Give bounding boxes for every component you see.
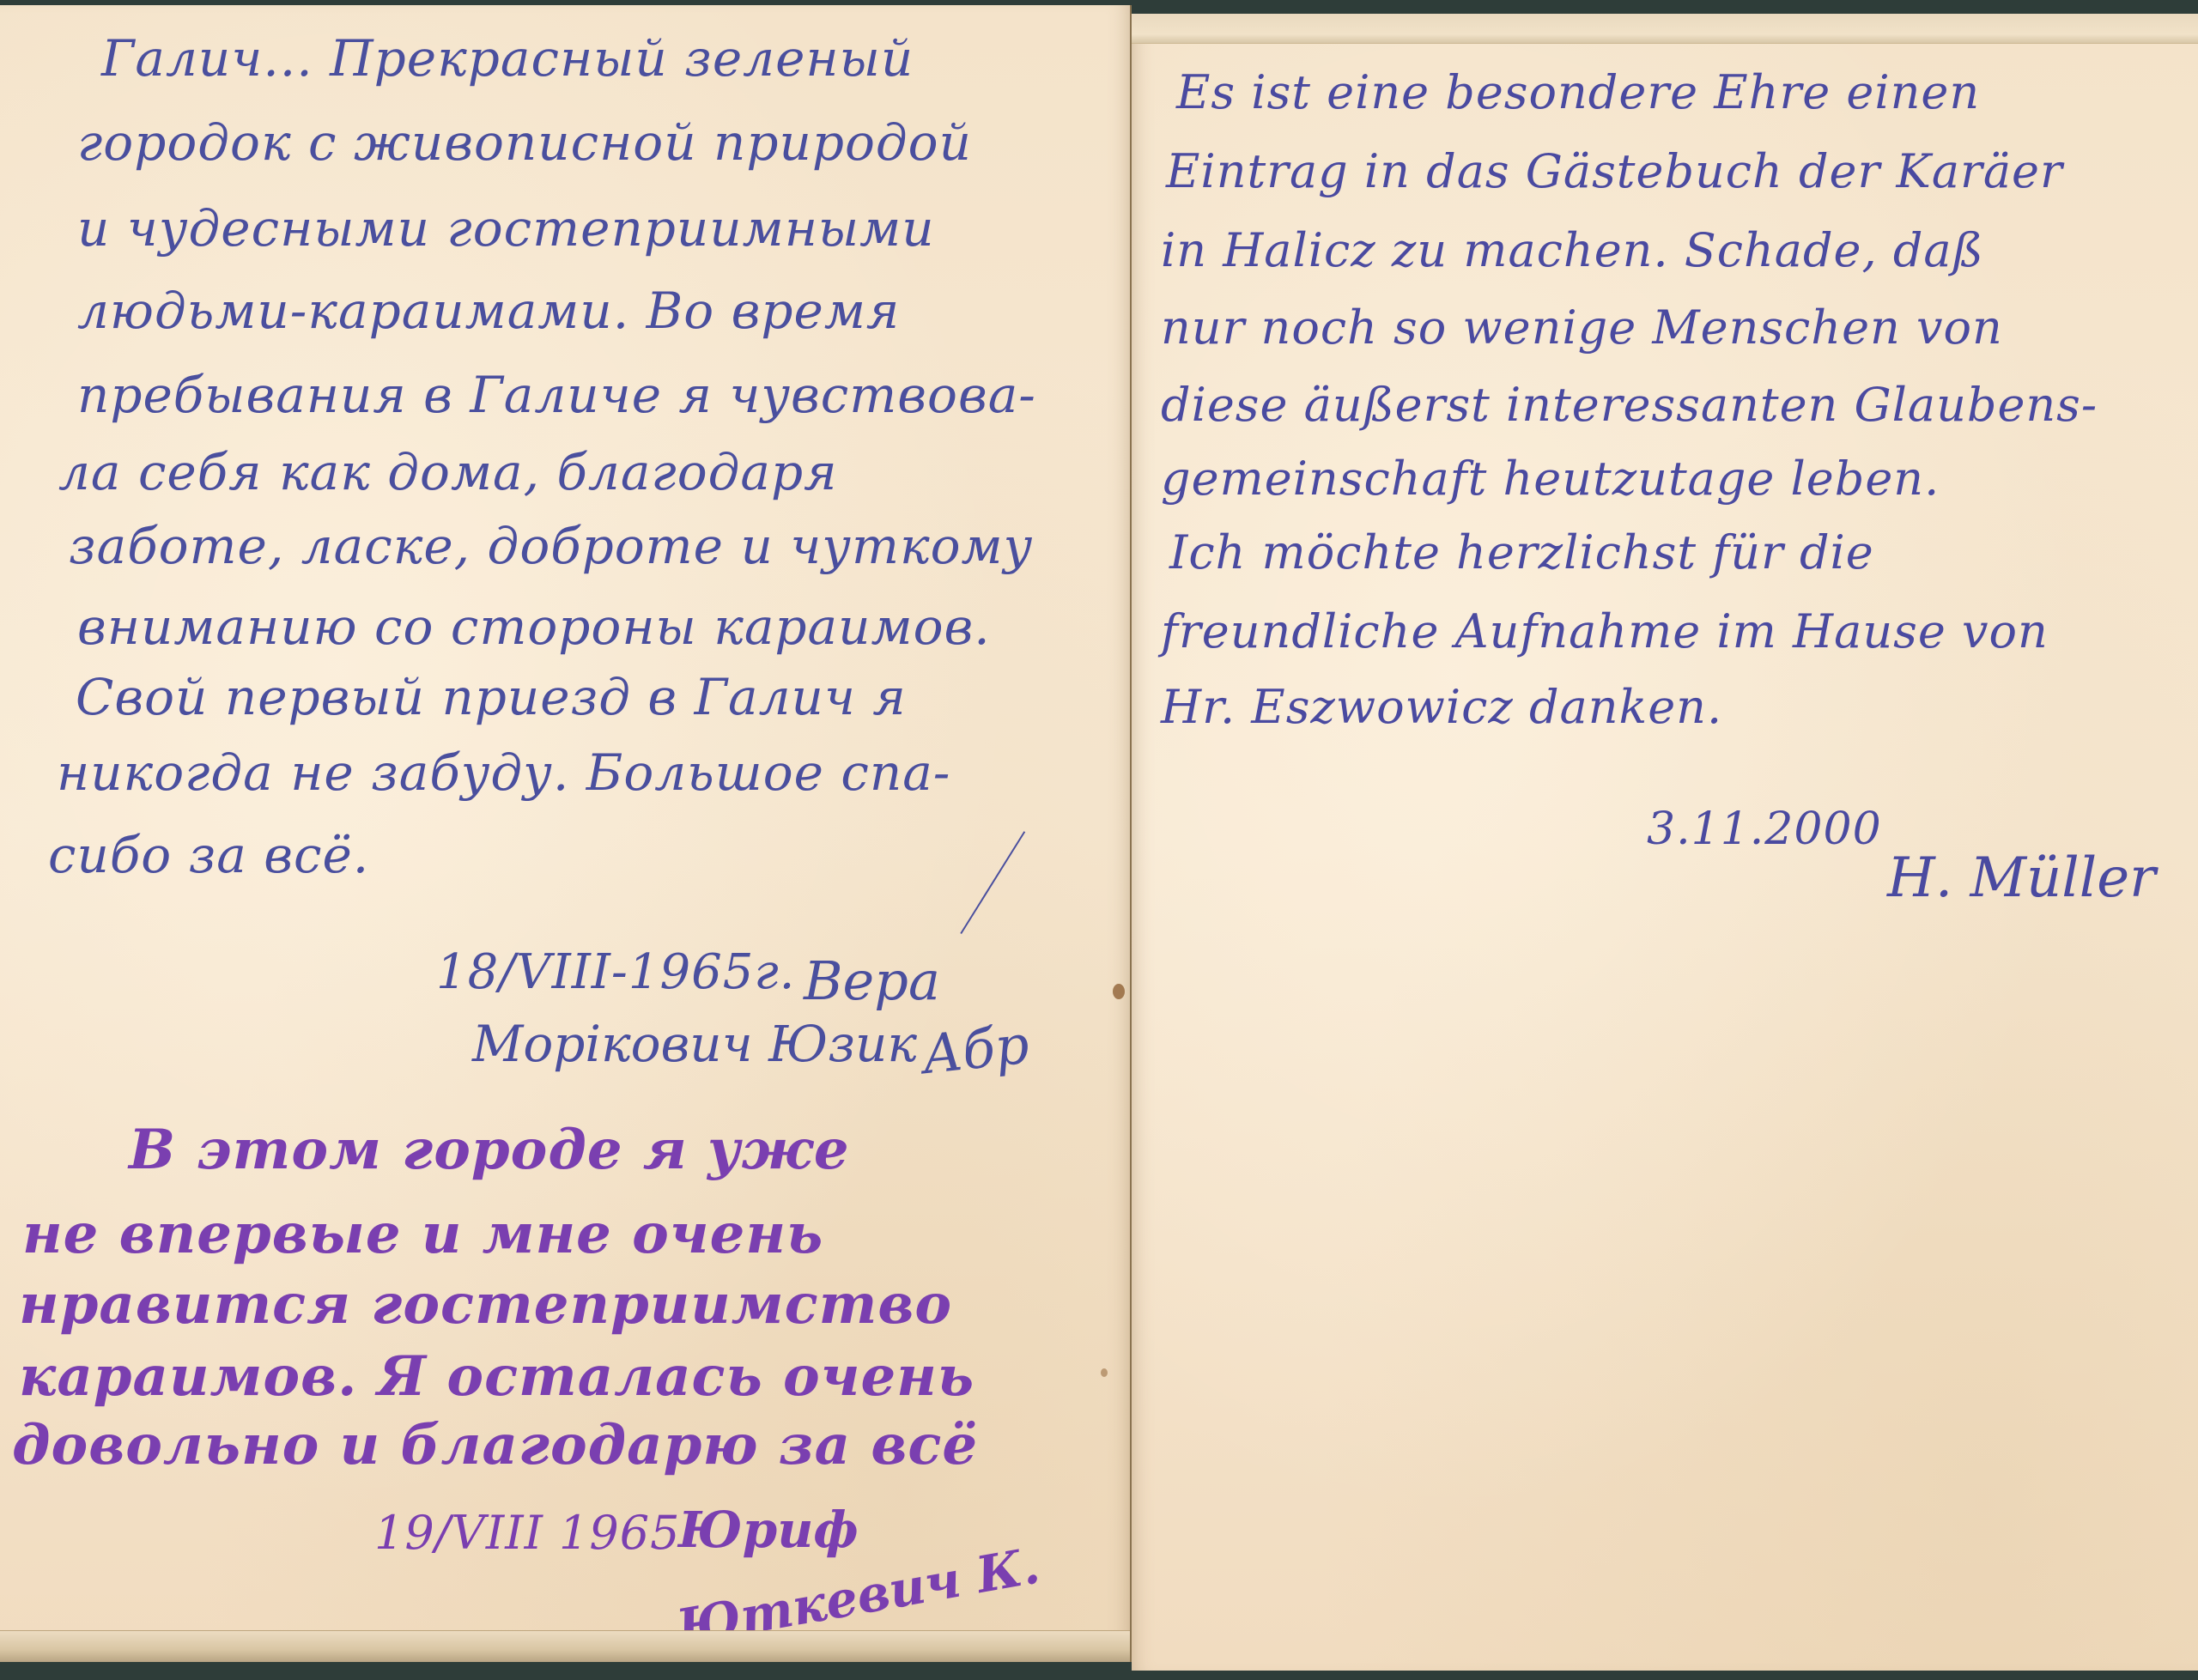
text-line: Es ist eine besondere Ehre einen [1176,65,1980,119]
signature-full-name: Морікович Юзик [472,1015,917,1073]
text-line: Галич... Прекрасный зеленый [101,29,914,88]
entry-date: 3.11.2000 [1647,804,1882,855]
text-line: Hr. Eszwowicz danken. [1161,680,1722,734]
text-line: nur noch so wenige Menschen von [1161,300,2003,355]
text-line: нравится гостеприимство [19,1272,952,1337]
entry-date: 19/VIII 1965 [374,1506,681,1560]
text-line: Свой первый приезд в Галич я [76,668,907,726]
entry-date: 18/VIII-1965г. [436,944,795,1000]
text-line: freundliche Aufnahme im Hause von [1161,604,2049,658]
text-line: городок с живописной природой [77,113,972,172]
right-page: Es ist eine besondere Ehre einen Eintrag… [1132,14,2198,1671]
text-line: людьми-караимами. Во время [77,282,900,340]
text-line: не впервые и мне очень [22,1202,823,1266]
signature-scrawl: Юриф [678,1501,859,1559]
text-line: караимов. Я осталась очень [19,1344,975,1409]
paper-stain [1101,1368,1108,1377]
text-line: В этом городе я уже [129,1118,850,1182]
text-line: довольно и благодарю за всё [12,1413,978,1477]
text-line: Eintrag in das Gästebuch der Karäer [1166,144,2063,198]
text-line: пребывания в Галиче я чувствова- [77,366,1036,424]
signature-stroke [960,831,1027,935]
text-line: gemeinschaft heutzutage leben. [1161,452,1940,506]
text-line: diese äußerst interessanten Glaubens- [1161,378,2098,432]
text-line: ла себя как дома, благодаря [58,443,838,501]
signature: H. Müller [1887,846,2156,910]
text-line: сибо за всё. [48,826,369,884]
text-line: и чудесными гостеприимными [77,199,935,258]
signature-first-name: Вера [804,949,940,1012]
left-page: Галич... Прекрасный зеленый городок с жи… [0,5,1132,1662]
text-line: заботе, ласке, доброте и чуткому [69,517,1033,575]
text-line: никогда не забуду. Большое спа- [57,743,950,802]
text-line: Ich möchte herzlichst für die [1169,525,1874,579]
text-line: вниманию со стороны караимов. [77,597,991,656]
signature-scrawl: Абр [920,1013,1032,1087]
text-line: in Halicz zu machen. Schade, daß [1161,223,1984,277]
guestbook-spread: Галич... Прекрасный зеленый городок с жи… [0,0,2198,1680]
paper-stain [1113,984,1125,999]
